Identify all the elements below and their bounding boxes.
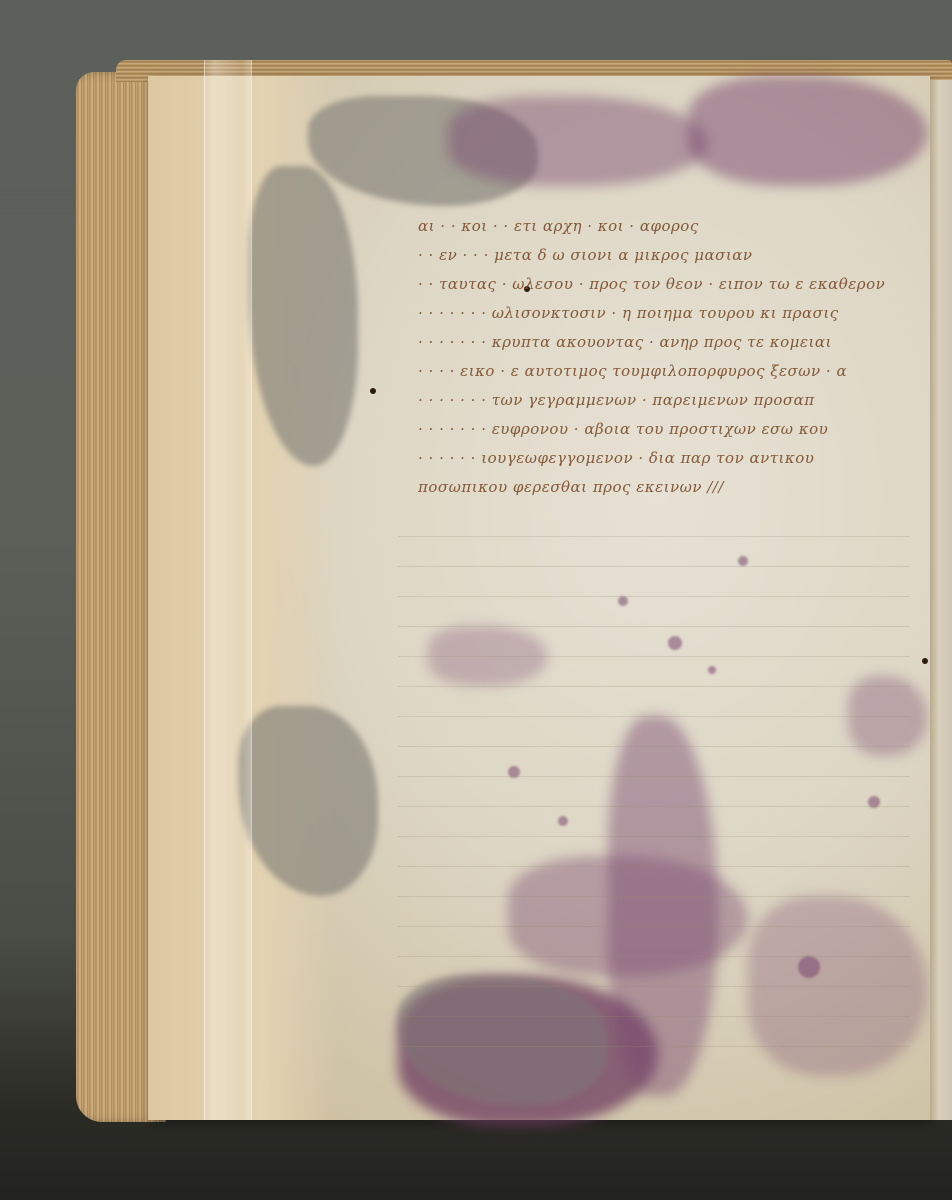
ruled-line <box>398 716 910 717</box>
handwritten-text: αι · · κοι · · ετι αρχη · κοι · αφορος ·… <box>418 212 952 502</box>
ruled-line <box>398 896 910 897</box>
ruled-line <box>398 1016 910 1017</box>
worm-hole <box>922 658 928 664</box>
ruled-line <box>398 806 910 807</box>
text-line: · · ταυτας · ωλεσου · προς τον θεον · ει… <box>418 270 952 299</box>
text-line: αι · · κοι · · ετι αρχη · κοι · αφορος <box>418 212 952 241</box>
ruled-line <box>398 986 910 987</box>
text-line: · · · · εικο · ε αυτοτιμος τουμφιλοπορφυ… <box>418 357 952 386</box>
text-line: ποσωπικου φερεσθαι προς εκεινων /// <box>418 473 952 502</box>
text-line: · · · · · · · ευφρονου · αβοια του προστ… <box>418 415 952 444</box>
ruled-line <box>398 626 910 627</box>
text-line: · · · · · · · ωλισονκτοσιν · η ποιημα το… <box>418 299 952 328</box>
text-line: · · εν · · · μετα δ ω σιονι α μικρος μασ… <box>418 241 952 270</box>
stain-blotch <box>448 96 708 186</box>
ruled-line <box>398 656 910 657</box>
stain-dot <box>738 556 748 566</box>
ruled-line <box>398 746 910 747</box>
stain-dot <box>668 636 682 650</box>
ruled-line <box>398 866 910 867</box>
ruled-line <box>398 566 910 567</box>
stain-dot <box>708 666 716 674</box>
worm-hole <box>370 388 376 394</box>
ruled-line <box>398 836 910 837</box>
stain-blotch <box>688 76 928 186</box>
ruled-line <box>398 536 910 537</box>
facing-page-edge <box>930 80 952 1120</box>
repair-tape <box>204 60 252 1120</box>
text-line: · · · · · · · κρυπτα ακουοντας · ανηρ πρ… <box>418 328 952 357</box>
ruled-line <box>398 1046 910 1047</box>
text-line: · · · · · · · των γεγραμμενων · παρειμεν… <box>418 386 952 415</box>
ruled-line <box>398 776 910 777</box>
manuscript-page: αι · · κοι · · ετι αρχη · κοι · αφορος ·… <box>148 76 930 1120</box>
manuscript-codex: αι · · κοι · · ετι αρχη · κοι · αφορος ·… <box>76 60 952 1130</box>
ruled-line <box>398 596 910 597</box>
stain-dot <box>798 956 820 978</box>
stain-dot <box>558 816 568 826</box>
ruled-line <box>398 926 910 927</box>
ruled-line <box>398 956 910 957</box>
text-line: · · · · · · ιουγεωφεγγομενον · δια παρ τ… <box>418 444 952 473</box>
stain-blotch <box>508 856 748 976</box>
ruled-line <box>398 686 910 687</box>
stain-dot <box>618 596 628 606</box>
